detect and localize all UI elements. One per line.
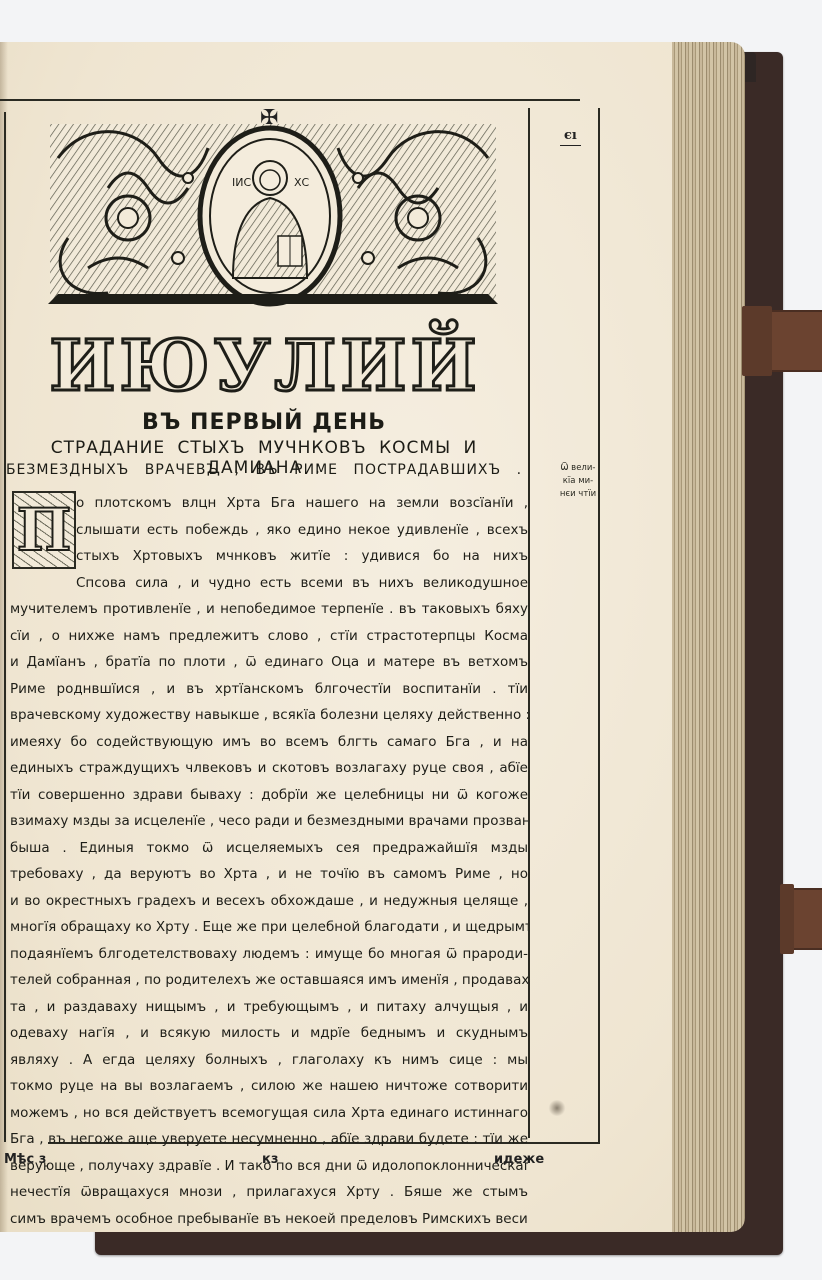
body-text: о плотскомъ влцн Хрта Бга нашего на земл… (10, 490, 528, 1232)
frame-rule-top (0, 99, 580, 101)
text-line: Бга , въ негоже аще уверуете несумненно … (10, 1126, 528, 1153)
page-title: ИЮУЛИЙ (55, 330, 475, 402)
text-line: стыхъ Хртовыхъ мчнковъ житїе : удивися б… (10, 543, 528, 570)
text-line: Спсова сила , и чудно есть всеми въ нихъ… (10, 570, 528, 597)
margin-note: Ѿ вели- кїа ми- нєи чтїи (548, 462, 608, 501)
text-line: многїя обращаху ко Хрту . Еще же при цел… (10, 914, 528, 941)
ink-smudge (548, 1100, 566, 1116)
text-line: мучителемъ противленїе , и непобедимое т… (10, 596, 528, 623)
medallion-label-right: ХС (294, 176, 310, 189)
text-line: о плотскомъ влцн Хрта Бга нашего на земл… (10, 490, 528, 517)
text-line: токмо руце на вы возлагаемъ , силою же н… (10, 1073, 528, 1100)
text-line: можемъ , но вся действуетъ всемогущая си… (10, 1100, 528, 1127)
text-line: и во окрестныхъ градехъ и весехъ обхожда… (10, 888, 528, 915)
text-line: быша . Единыя токмо ѿ исцеляемыхъ сея пр… (10, 835, 528, 862)
text-line: та , и раздаваху нищымъ , и требующымъ ,… (10, 994, 528, 1021)
subtitle-description: БЕЗМЕЗДНЫХЪ ВРАЧЕВЪ , ВЪ РИМЕ ПОСТРАДАВШ… (0, 462, 528, 478)
text-line: нечестїя ѿвращахуся мнози , прилагахуся … (10, 1179, 528, 1206)
margin-note-line: нєи чтїи (548, 488, 608, 501)
folio-number: єı (560, 128, 581, 146)
text-line: являху . А егда целяху болныхъ , глагола… (10, 1047, 528, 1074)
headpiece-engraving: ІИС ХС (48, 118, 498, 310)
text-line: одеваху нагїя , и всякую милость и мдрїе… (10, 1020, 528, 1047)
text-line: имеяху бо содействующую имъ во всемъ блг… (10, 729, 528, 756)
text-line: сїи , о нихже намъ предлежитъ слово , ст… (10, 623, 528, 650)
page-block-edge (665, 42, 745, 1232)
text-line: тїи совершенно здрави бываху : добрїи же… (10, 782, 528, 809)
clasp-bottom (780, 888, 822, 950)
frame-rule-margin (528, 108, 530, 1138)
ornamental-headpiece: ІИС ХС (48, 118, 498, 310)
text-line: телей собранная , по родителехъ же остав… (10, 967, 528, 994)
text-line: подаянїемъ блгодетелствоваху людемъ : им… (10, 941, 528, 968)
catchword: идеже (494, 1152, 544, 1167)
frame-rule-right (598, 108, 600, 1144)
signature-mark: Мѣс з (4, 1152, 46, 1167)
text-line: слышати есть побеждь , яко едино некое у… (10, 517, 528, 544)
text-line: единыхъ страждущихъ члвековъ и скотовъ в… (10, 755, 528, 782)
margin-note-line: Ѿ вели- (548, 462, 608, 475)
text-line: взимаху мзды за исцеленїе , чесо ради и … (10, 808, 528, 835)
signature-number: кз (262, 1152, 278, 1167)
margin-note-line: кїа ми- (548, 475, 608, 488)
text-line: симъ врачемъ особное пребыванїе въ некое… (10, 1206, 528, 1233)
text-line: Риме роднвшїися , и въ хртїанскомъ блгоч… (10, 676, 528, 703)
frame-rule-left (4, 112, 6, 1142)
text-line: и Дамїанъ , братїа по плоти , ѿ единаго … (10, 649, 528, 676)
clasp-top (742, 310, 822, 372)
text-line: врачевскому художеству навыкше , всякїа … (10, 702, 528, 729)
text-line: требоваху , да веруютъ во Хрта , и не то… (10, 861, 528, 888)
medallion-label-left: ІИС (232, 176, 251, 189)
subtitle-day: ВЪ ПЕРВЫЙ ДЕНЬ (0, 410, 528, 435)
